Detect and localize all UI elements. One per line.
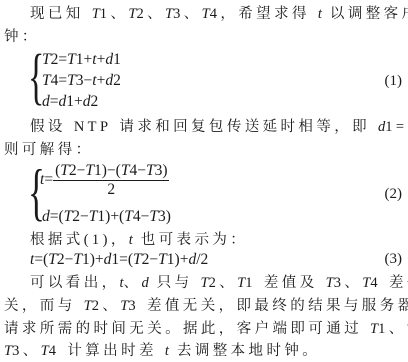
- eq2-d-line: d=(T2−T1)+(T4−T3): [42, 208, 171, 226]
- paragraph-4-line-4: T3、T4 计算出时差 t 去调整本地时钟。: [4, 341, 320, 361]
- paragraph-2-line-1: 假设 NTP 请求和回复包传送延时相等，即 d1=d2，: [30, 117, 408, 137]
- eq2-numerator: (T2−T1)−(T4−T3): [53, 162, 169, 181]
- eq1-line-3: d=d1+d2: [42, 93, 98, 111]
- equation-number-2: (2): [385, 186, 403, 203]
- eq2-t-line: t=(T2−T1)−(T4−T3)2: [40, 162, 169, 199]
- paragraph-4-line-3: 请求所需的时间无关。据此，客户端即可通过 T1、T2、: [4, 319, 408, 339]
- eq1-line-2: T4=T3−t+d2: [42, 72, 121, 90]
- paragraph-2-line-2: 则可解得：: [4, 140, 94, 160]
- eq3-line: t=(T2−T1)+d1=(T2−T1)+d/2: [30, 251, 208, 269]
- eq2-denominator: 2: [53, 181, 169, 199]
- paragraph-3-line-1: 根据式(1)，t 也可表示为：: [30, 230, 248, 250]
- paragraph-1-line-1: 现已知 T1、T2、T3、T4，希望求得 t 以调整客户方时: [30, 4, 408, 24]
- equation-number-1: (1): [385, 73, 403, 90]
- paragraph-4-line-1: 可以看出，t、d 只与 T2、T1 差值及 T3、T4 差值相: [30, 273, 408, 293]
- paragraph-4-line-2: 关，而与 T2、T3 差值无关，即最终的结果与服务器处理: [4, 296, 408, 316]
- equation-number-3: (3): [385, 251, 403, 268]
- eq2-fraction: (T2−T1)−(T4−T3)2: [53, 162, 169, 199]
- eq1-line-1: T2=T1+t+d1: [42, 51, 121, 69]
